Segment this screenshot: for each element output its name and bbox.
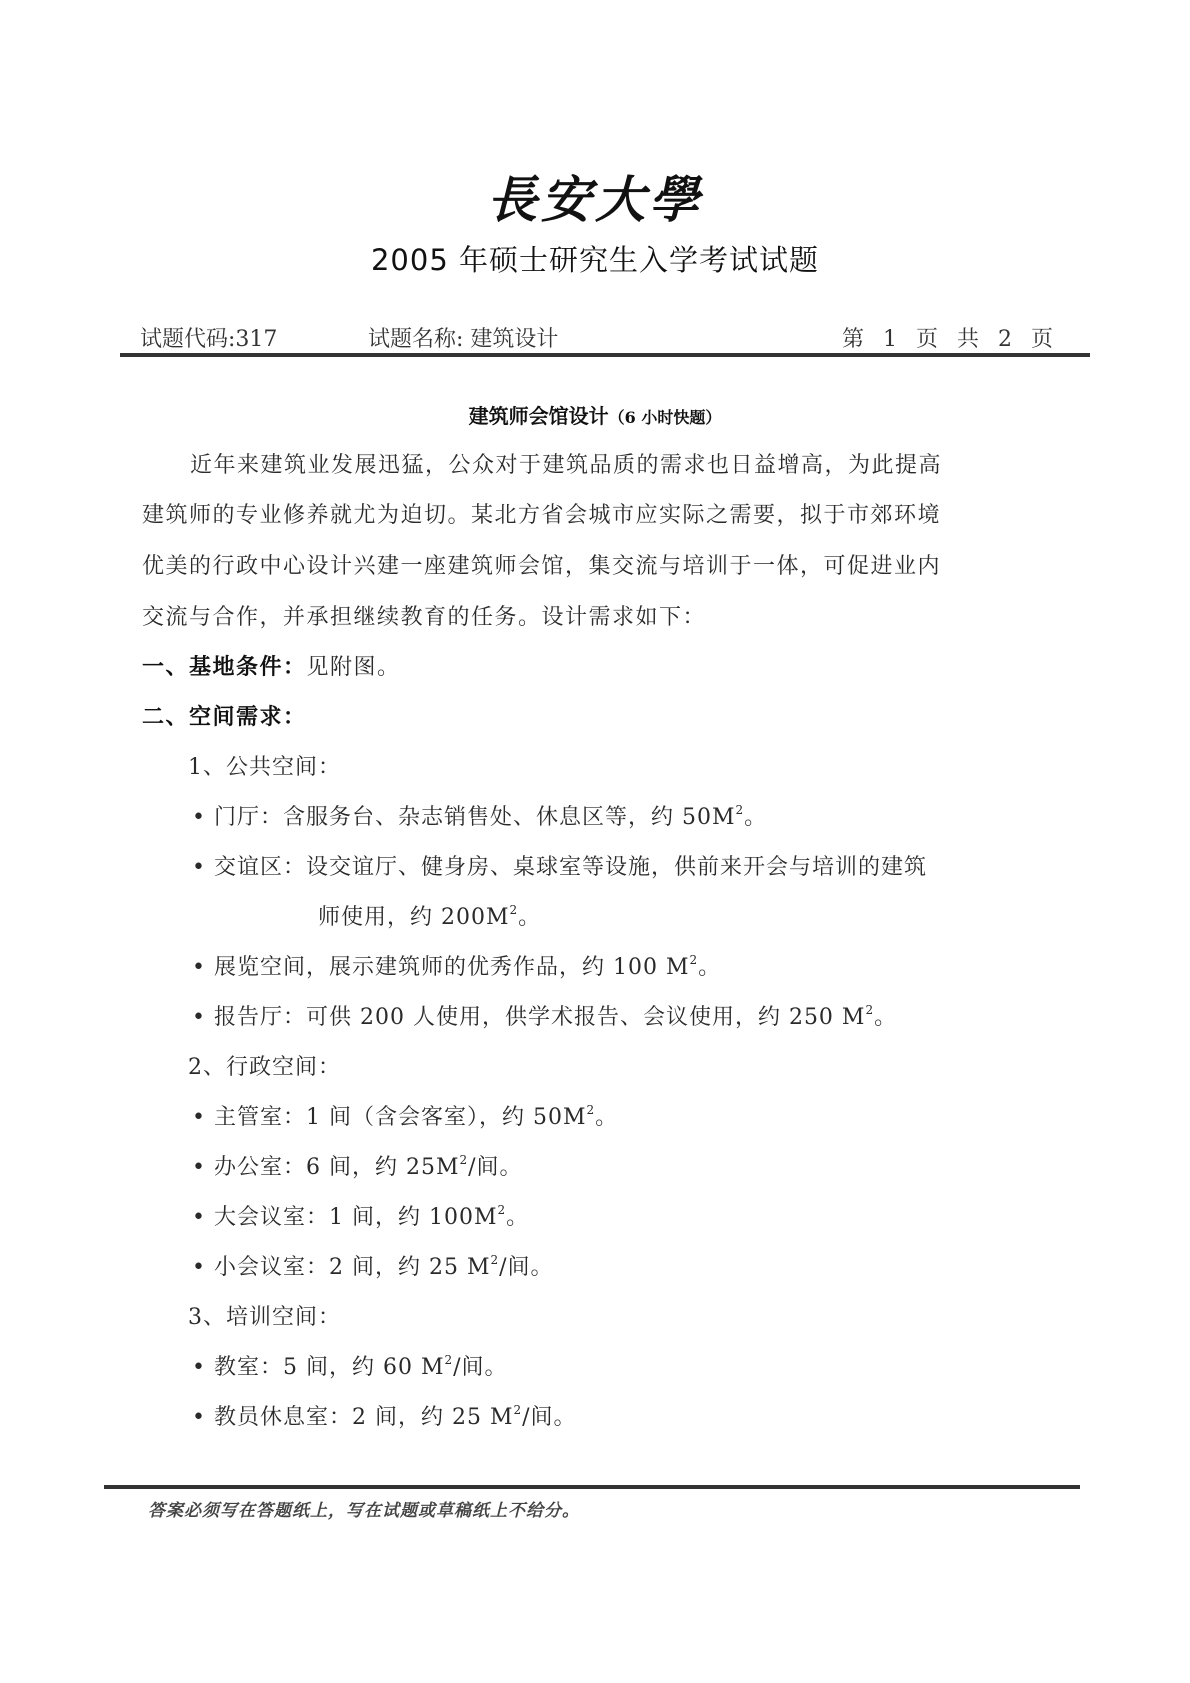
university-name: 長安大學 — [0, 160, 1190, 232]
subsection-title-public: 1、公共空间： — [188, 750, 341, 781]
list-item: • 交谊区：设交谊厅、健身房、桌球室等设施，供前来开会与培训的建筑 — [192, 850, 927, 881]
section-title-main: 建筑师会馆设计 — [469, 404, 609, 428]
intro-line-1: 近年来建筑业发展迅猛，公众对于建筑品质的需求也日益增高，为此提高 — [190, 448, 942, 479]
section-title: 建筑师会馆设计（6 小时快题） — [0, 400, 1190, 429]
exam-title: 2005 年硕士研究生入学考试试题 — [0, 238, 1190, 279]
list-item: • 报告厅：可供 200 人使用，供学术报告、会议使用，约 250 M2。 — [192, 1000, 897, 1031]
exam-subject-label: 试题名称: — [368, 327, 463, 352]
list-item-continued: 师使用，约 200M2。 — [318, 900, 541, 931]
page-info: 第 1 页 共 2 页 — [842, 322, 1059, 353]
footer-divider — [104, 1485, 1080, 1489]
section-title-sub: （6 小时快题） — [609, 408, 722, 427]
heading-site-label: 一、基地条件： — [142, 654, 307, 680]
list-item: • 展览空间，展示建筑师的优秀作品，约 100 M2。 — [192, 950, 721, 981]
exam-code: 试题代码:317 — [140, 322, 277, 353]
header-divider — [120, 353, 1090, 357]
intro-line-4: 交流与合作，并承担继续教育的任务。设计需求如下： — [142, 600, 706, 631]
list-item: • 小会议室：2 间，约 25 M2/间。 — [192, 1250, 554, 1281]
list-item: • 主管室：1 间（含会客室），约 50M2。 — [192, 1100, 618, 1131]
exam-subject-value: 建筑设计 — [470, 327, 558, 352]
list-item: • 办公室：6 间，约 25M2/间。 — [192, 1150, 523, 1181]
heading-space-requirements: 二、空间需求： — [142, 700, 307, 731]
heading-site-conditions: 一、基地条件：见附图。 — [142, 650, 401, 681]
intro-line-3: 优美的行政中心设计兴建一座建筑师会馆，集交流与培训于一体，可促进业内 — [142, 549, 941, 580]
list-item: • 大会议室：1 间，约 100M2。 — [192, 1200, 529, 1231]
subsection-title-training: 3、培训空间： — [188, 1300, 341, 1331]
list-item: • 教室：5 间，约 60 M2/间。 — [192, 1350, 508, 1381]
exam-subject: 试题名称: 建筑设计 — [368, 322, 558, 353]
subsection-title-admin: 2、行政空间： — [188, 1050, 341, 1081]
intro-line-2: 建筑师的专业修养就尤为迫切。某北方省会城市应实际之需要，拟于市郊环境 — [142, 498, 941, 529]
heading-site-value: 见附图。 — [307, 655, 401, 680]
list-item: • 教员休息室：2 间，约 25 M2/间。 — [192, 1400, 577, 1431]
footer-note: 答案必须写在答题纸上，写在试题或草稿纸上不给分。 — [148, 1496, 580, 1521]
list-item: • 门厅：含服务台、杂志销售处、休息区等，约 50M2。 — [192, 800, 767, 831]
